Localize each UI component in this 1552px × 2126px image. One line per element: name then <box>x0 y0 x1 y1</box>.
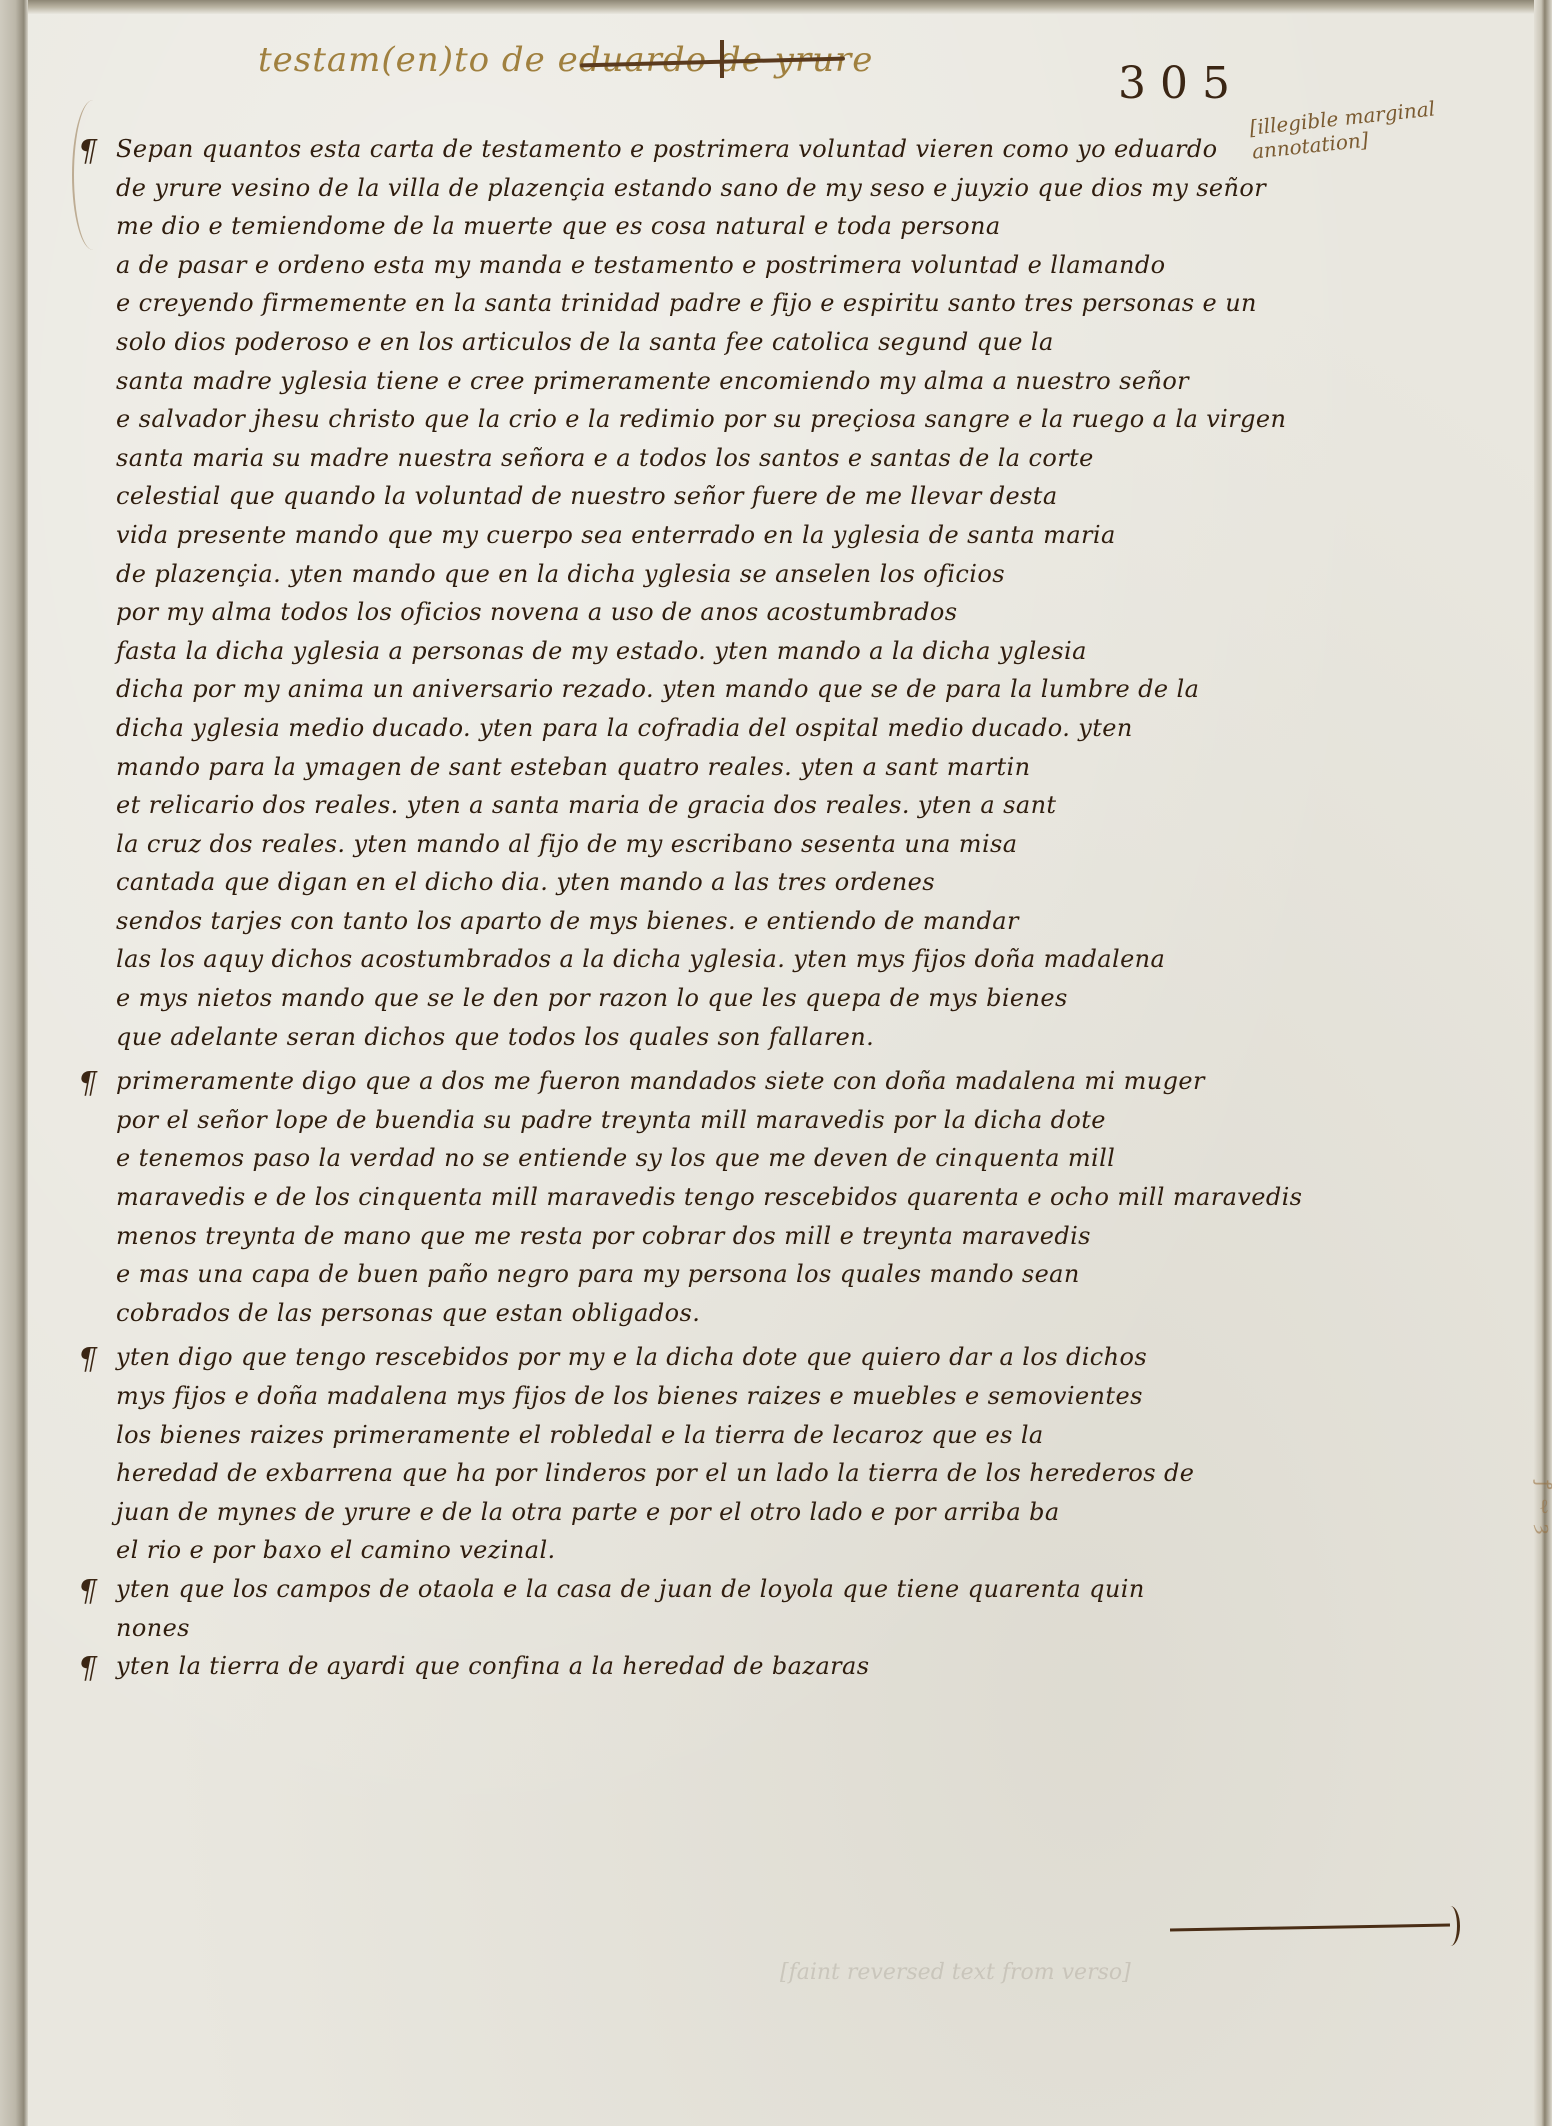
text-line: yten que los campos de otaola e la casa … <box>86 1570 1466 1609</box>
text-line: nones <box>86 1609 1466 1648</box>
text-line: mys fijos e doña madalena mys fijos de l… <box>86 1377 1466 1416</box>
adjacent-page-edge-text: ꝭ ℓ ȝ <box>1532 1480 1552 1535</box>
pilcrow-icon: ¶ <box>78 1342 97 1377</box>
text-line: la cruz dos reales. yten mando al fijo d… <box>86 825 1466 864</box>
text-line: dicha por my anima un aniversario rezado… <box>86 670 1466 709</box>
text-line: las los aquy dichos acostumbrados a la d… <box>86 940 1466 979</box>
pilcrow-icon: ¶ <box>78 1574 97 1609</box>
text-line: e salvador jhesu christo que la crio e l… <box>86 400 1466 439</box>
text-line: e mys nietos mando que se le den por raz… <box>86 979 1466 1018</box>
text-line: yten digo que tengo rescebidos por my e … <box>86 1338 1466 1377</box>
pilcrow-icon: ¶ <box>78 1651 97 1686</box>
text-line: dicha yglesia medio ducado. yten para la… <box>86 709 1466 748</box>
bleed-through-text: [faint reversed text from verso] <box>780 1960 1131 1985</box>
text-line: que adelante seran dichos que todos los … <box>86 1018 1466 1057</box>
text-line: a de pasar e ordeno esta my manda e test… <box>86 246 1466 285</box>
cross-mark-icon <box>580 30 845 80</box>
text-line: mando para la ymagen de sant esteban qua… <box>86 748 1466 787</box>
page-top-edge <box>28 0 1552 14</box>
pilcrow-icon: ¶ <box>78 1066 97 1101</box>
text-line: cobrados de las personas que estan oblig… <box>86 1294 1466 1333</box>
text-line: cantada que digan en el dicho dia. yten … <box>86 863 1466 902</box>
page-right-edge <box>1534 0 1552 2126</box>
text-line: et relicario dos reales. yten a santa ma… <box>86 786 1466 825</box>
pilcrow-icon: ¶ <box>78 134 97 169</box>
paragraph-preamble: ¶ Sepan quantos esta carta de testamento… <box>86 130 1466 1056</box>
text-line: santa madre yglesia tiene e cree primera… <box>86 362 1466 401</box>
paragraph-dowry: ¶ primeramente digo que a dos me fueron … <box>86 1062 1466 1332</box>
closing-flourish-line <box>1170 1906 1460 1946</box>
text-line: fasta la dicha yglesia a personas de my … <box>86 632 1466 671</box>
text-line: de yrure vesino de la villa de plazençia… <box>86 169 1466 208</box>
text-line: e mas una capa de buen paño negro para m… <box>86 1255 1466 1294</box>
text-line: vida presente mando que my cuerpo sea en… <box>86 516 1466 555</box>
text-line: heredad de exbarrena que ha por linderos… <box>86 1454 1466 1493</box>
manuscript-page: testam(en)to de eduardo de yrure 305 [il… <box>0 0 1552 2126</box>
text-line: me dio e temiendome de la muerte que es … <box>86 207 1466 246</box>
binding-edge-left <box>0 0 28 2126</box>
text-line: santa maria su madre nuestra señora e a … <box>86 439 1466 478</box>
text-line: Sepan quantos esta carta de testamento e… <box>86 130 1466 169</box>
text-line: maravedis e de los cinquenta mill marave… <box>86 1178 1466 1217</box>
text-line: e tenemos paso la verdad no se entiende … <box>86 1139 1466 1178</box>
text-line: de plazençia. yten mando que en la dicha… <box>86 555 1466 594</box>
text-line: sendos tarjes con tanto los aparto de my… <box>86 902 1466 941</box>
testament-body: ¶ Sepan quantos esta carta de testamento… <box>86 130 1466 1686</box>
text-line: menos treynta de mano que me resta por c… <box>86 1217 1466 1256</box>
paragraph-otaola: ¶ yten que los campos de otaola e la cas… <box>86 1570 1466 1647</box>
paragraph-properties: ¶ yten digo que tengo rescebidos por my … <box>86 1338 1466 1570</box>
text-line: celestial que quando la voluntad de nues… <box>86 477 1466 516</box>
text-line: el rio e por baxo el camino vezinal. <box>86 1531 1466 1570</box>
text-line: e creyendo firmemente en la santa trinid… <box>86 284 1466 323</box>
text-line: yten la tierra de ayardi que confina a l… <box>86 1647 1466 1686</box>
paragraph-ayardi: ¶ yten la tierra de ayardi que confina a… <box>86 1647 1466 1686</box>
text-line: por el señor lope de buendia su padre tr… <box>86 1101 1466 1140</box>
text-line: solo dios poderoso e en los articulos de… <box>86 323 1466 362</box>
text-line: primeramente digo que a dos me fueron ma… <box>86 1062 1466 1101</box>
text-line: juan de mynes de yrure e de la otra part… <box>86 1493 1466 1532</box>
text-line: los bienes raizes primeramente el robled… <box>86 1416 1466 1455</box>
text-line: por my alma todos los oficios novena a u… <box>86 593 1466 632</box>
folio-number: 305 <box>1118 58 1244 109</box>
